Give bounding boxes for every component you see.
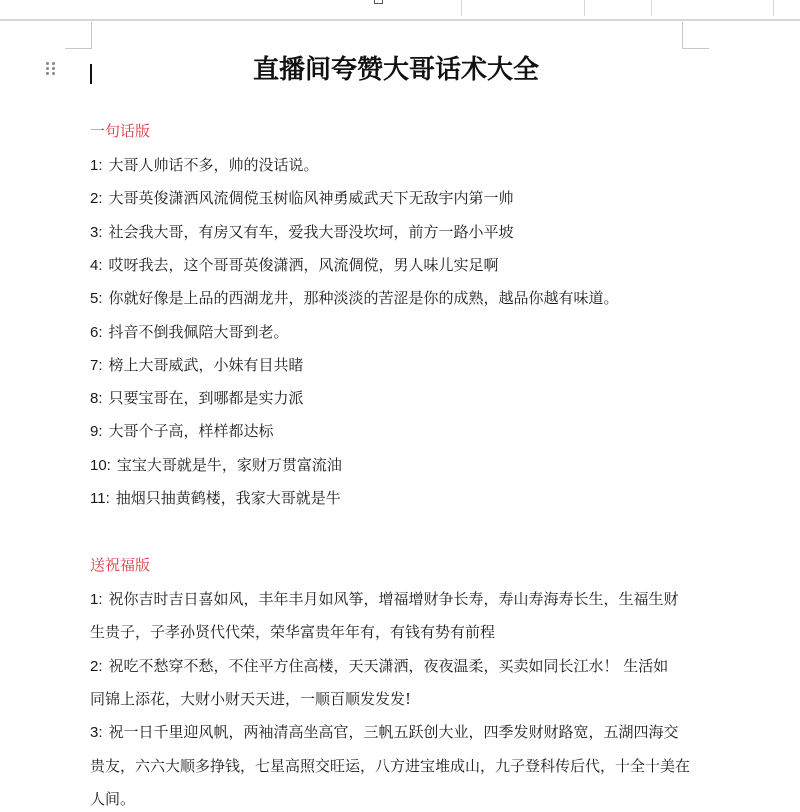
item-number: 9: [90, 423, 103, 440]
paragraph-line[interactable]: 人间。 [90, 789, 135, 809]
toolbar-divider [651, 0, 652, 16]
item-text: 祝你吉时吉日喜如风，丰年丰月如风筝，增福增财争长寿，寿山寿海寿长生，生福生财 [109, 590, 679, 608]
list-item[interactable]: 9:大哥个子高，样样都达标 [90, 421, 274, 442]
item-number: 1: [90, 157, 103, 174]
list-item[interactable]: 4:哎呀我去，这个哥哥英俊潇洒，风流倜傥，男人味儿实足啊 [90, 255, 499, 276]
list-item[interactable]: 3:社会我大哥，有房又有车，爱我大哥没坎坷，前方一路小平坡 [90, 222, 514, 243]
list-item[interactable]: 10:宝宝大哥就是牛，家财万贯富流油 [90, 455, 342, 476]
item-text: 抖音不倒我佩陪大哥到老。 [109, 323, 289, 341]
toolbar-border [0, 19, 800, 21]
list-item[interactable]: 7:榜上大哥威武，小妹有目共睹 [90, 355, 304, 376]
item-text: 生贵子，子孝孙贤代代荣，荣华富贵年年有，有钱有势有前程 [90, 623, 495, 641]
toolbar-divider [461, 0, 462, 16]
item-text: 宝宝大哥就是牛，家财万贯富流油 [117, 456, 342, 474]
item-text: 社会我大哥，有房又有车，爱我大哥没坎坷，前方一路小平坡 [109, 223, 514, 241]
item-number: 2: [90, 190, 103, 207]
item-text: 哎呀我去，这个哥哥英俊潇洒，风流倜傥，男人味儿实足啊 [109, 256, 499, 274]
list-item[interactable]: 8:只要宝哥在，到哪都是实力派 [90, 388, 304, 409]
item-text: 同锦上添花，大财小财天天进，一顺百顺发发发! [90, 690, 411, 708]
paragraph-line[interactable]: 同锦上添花，大财小财天天进，一顺百顺发发发! [90, 689, 411, 709]
item-text: 贵友，六六大顺多挣钱，七星高照交旺运，八方进宝堆成山，九子登科传后代，十全十美在 [90, 757, 690, 775]
paragraph-line[interactable]: 贵友，六六大顺多挣钱，七星高照交旺运，八方进宝堆成山，九子登科传后代，十全十美在 [90, 756, 690, 776]
item-text: 大哥英俊潇洒风流倜傥玉树临风神勇威武天下无敌宇内第一帅 [109, 189, 514, 207]
section-heading-blessing[interactable]: 送祝福版 [90, 555, 150, 575]
item-number: 6: [90, 324, 103, 341]
paragraph-line[interactable]: 3:祝一日千里迎风帆，两袖清高坐高官，三帆五跃创大业，四季发财财路宽，五湖四海交 [90, 722, 679, 743]
item-text: 人间。 [90, 790, 135, 808]
toolbar-divider [584, 0, 585, 16]
item-text: 大哥个子高，样样都达标 [109, 422, 274, 440]
paragraph-line[interactable]: 1:祝你吉时吉日喜如风，丰年丰月如风筝，增福增财争长寿，寿山寿海寿长生，生福生财 [90, 589, 679, 610]
item-text: 祝吃不愁穿不愁，不住平方住高楼，天天潇洒，夜夜温柔，买卖如同长江水！ 生活如 [109, 657, 669, 675]
item-text: 你就好像是上品的西湖龙井，那种淡淡的苦涩是你的成熟，越品你越有味道。 [109, 289, 619, 307]
item-number: 1: [90, 591, 103, 608]
item-number: 3: [90, 224, 103, 241]
item-number: 5: [90, 290, 103, 307]
editor-toolbar [0, 0, 800, 18]
toolbar-icon[interactable] [374, 0, 383, 4]
item-number: 8: [90, 390, 103, 407]
item-number: 10: [90, 457, 111, 474]
list-item[interactable]: 2:大哥英俊潇洒风流倜傥玉树临风神勇威武天下无敌宇内第一帅 [90, 188, 514, 209]
toolbar-divider [773, 0, 774, 16]
page-margin-corner-right [682, 22, 709, 49]
item-number: 3: [90, 724, 103, 741]
section-heading-one-liner[interactable]: 一句话版 [90, 121, 150, 141]
paragraph-line[interactable]: 2:祝吃不愁穿不愁，不住平方住高楼，天天潇洒，夜夜温柔，买卖如同长江水！ 生活如 [90, 656, 668, 677]
list-item[interactable]: 1:大哥人帅话不多，帅的没话说。 [90, 155, 319, 176]
item-text: 只要宝哥在，到哪都是实力派 [109, 389, 304, 407]
item-text: 大哥人帅话不多，帅的没话说。 [109, 156, 319, 174]
item-number: 4: [90, 257, 103, 274]
page-margin-corner-left [65, 22, 92, 49]
paragraph-line[interactable]: 生贵子，子孝孙贤代代荣，荣华富贵年年有，有钱有势有前程 [90, 622, 495, 642]
item-text: 祝一日千里迎风帆，两袖清高坐高官，三帆五跃创大业，四季发财财路宽，五湖四海交 [109, 723, 679, 741]
list-item[interactable]: 11:抽烟只抽黄鹤楼，我家大哥就是牛 [90, 488, 341, 509]
list-item[interactable]: 5:你就好像是上品的西湖龙井，那种淡淡的苦涩是你的成熟，越品你越有味道。 [90, 288, 619, 309]
document-title[interactable]: 直播间夸赞大哥话术大全 [0, 52, 792, 88]
list-item[interactable]: 6:抖音不倒我佩陪大哥到老。 [90, 322, 289, 343]
item-text: 榜上大哥威武，小妹有目共睹 [109, 356, 304, 374]
item-text: 抽烟只抽黄鹤楼，我家大哥就是牛 [116, 489, 341, 507]
item-number: 11: [90, 490, 110, 507]
item-number: 7: [90, 357, 103, 374]
item-number: 2: [90, 658, 103, 675]
